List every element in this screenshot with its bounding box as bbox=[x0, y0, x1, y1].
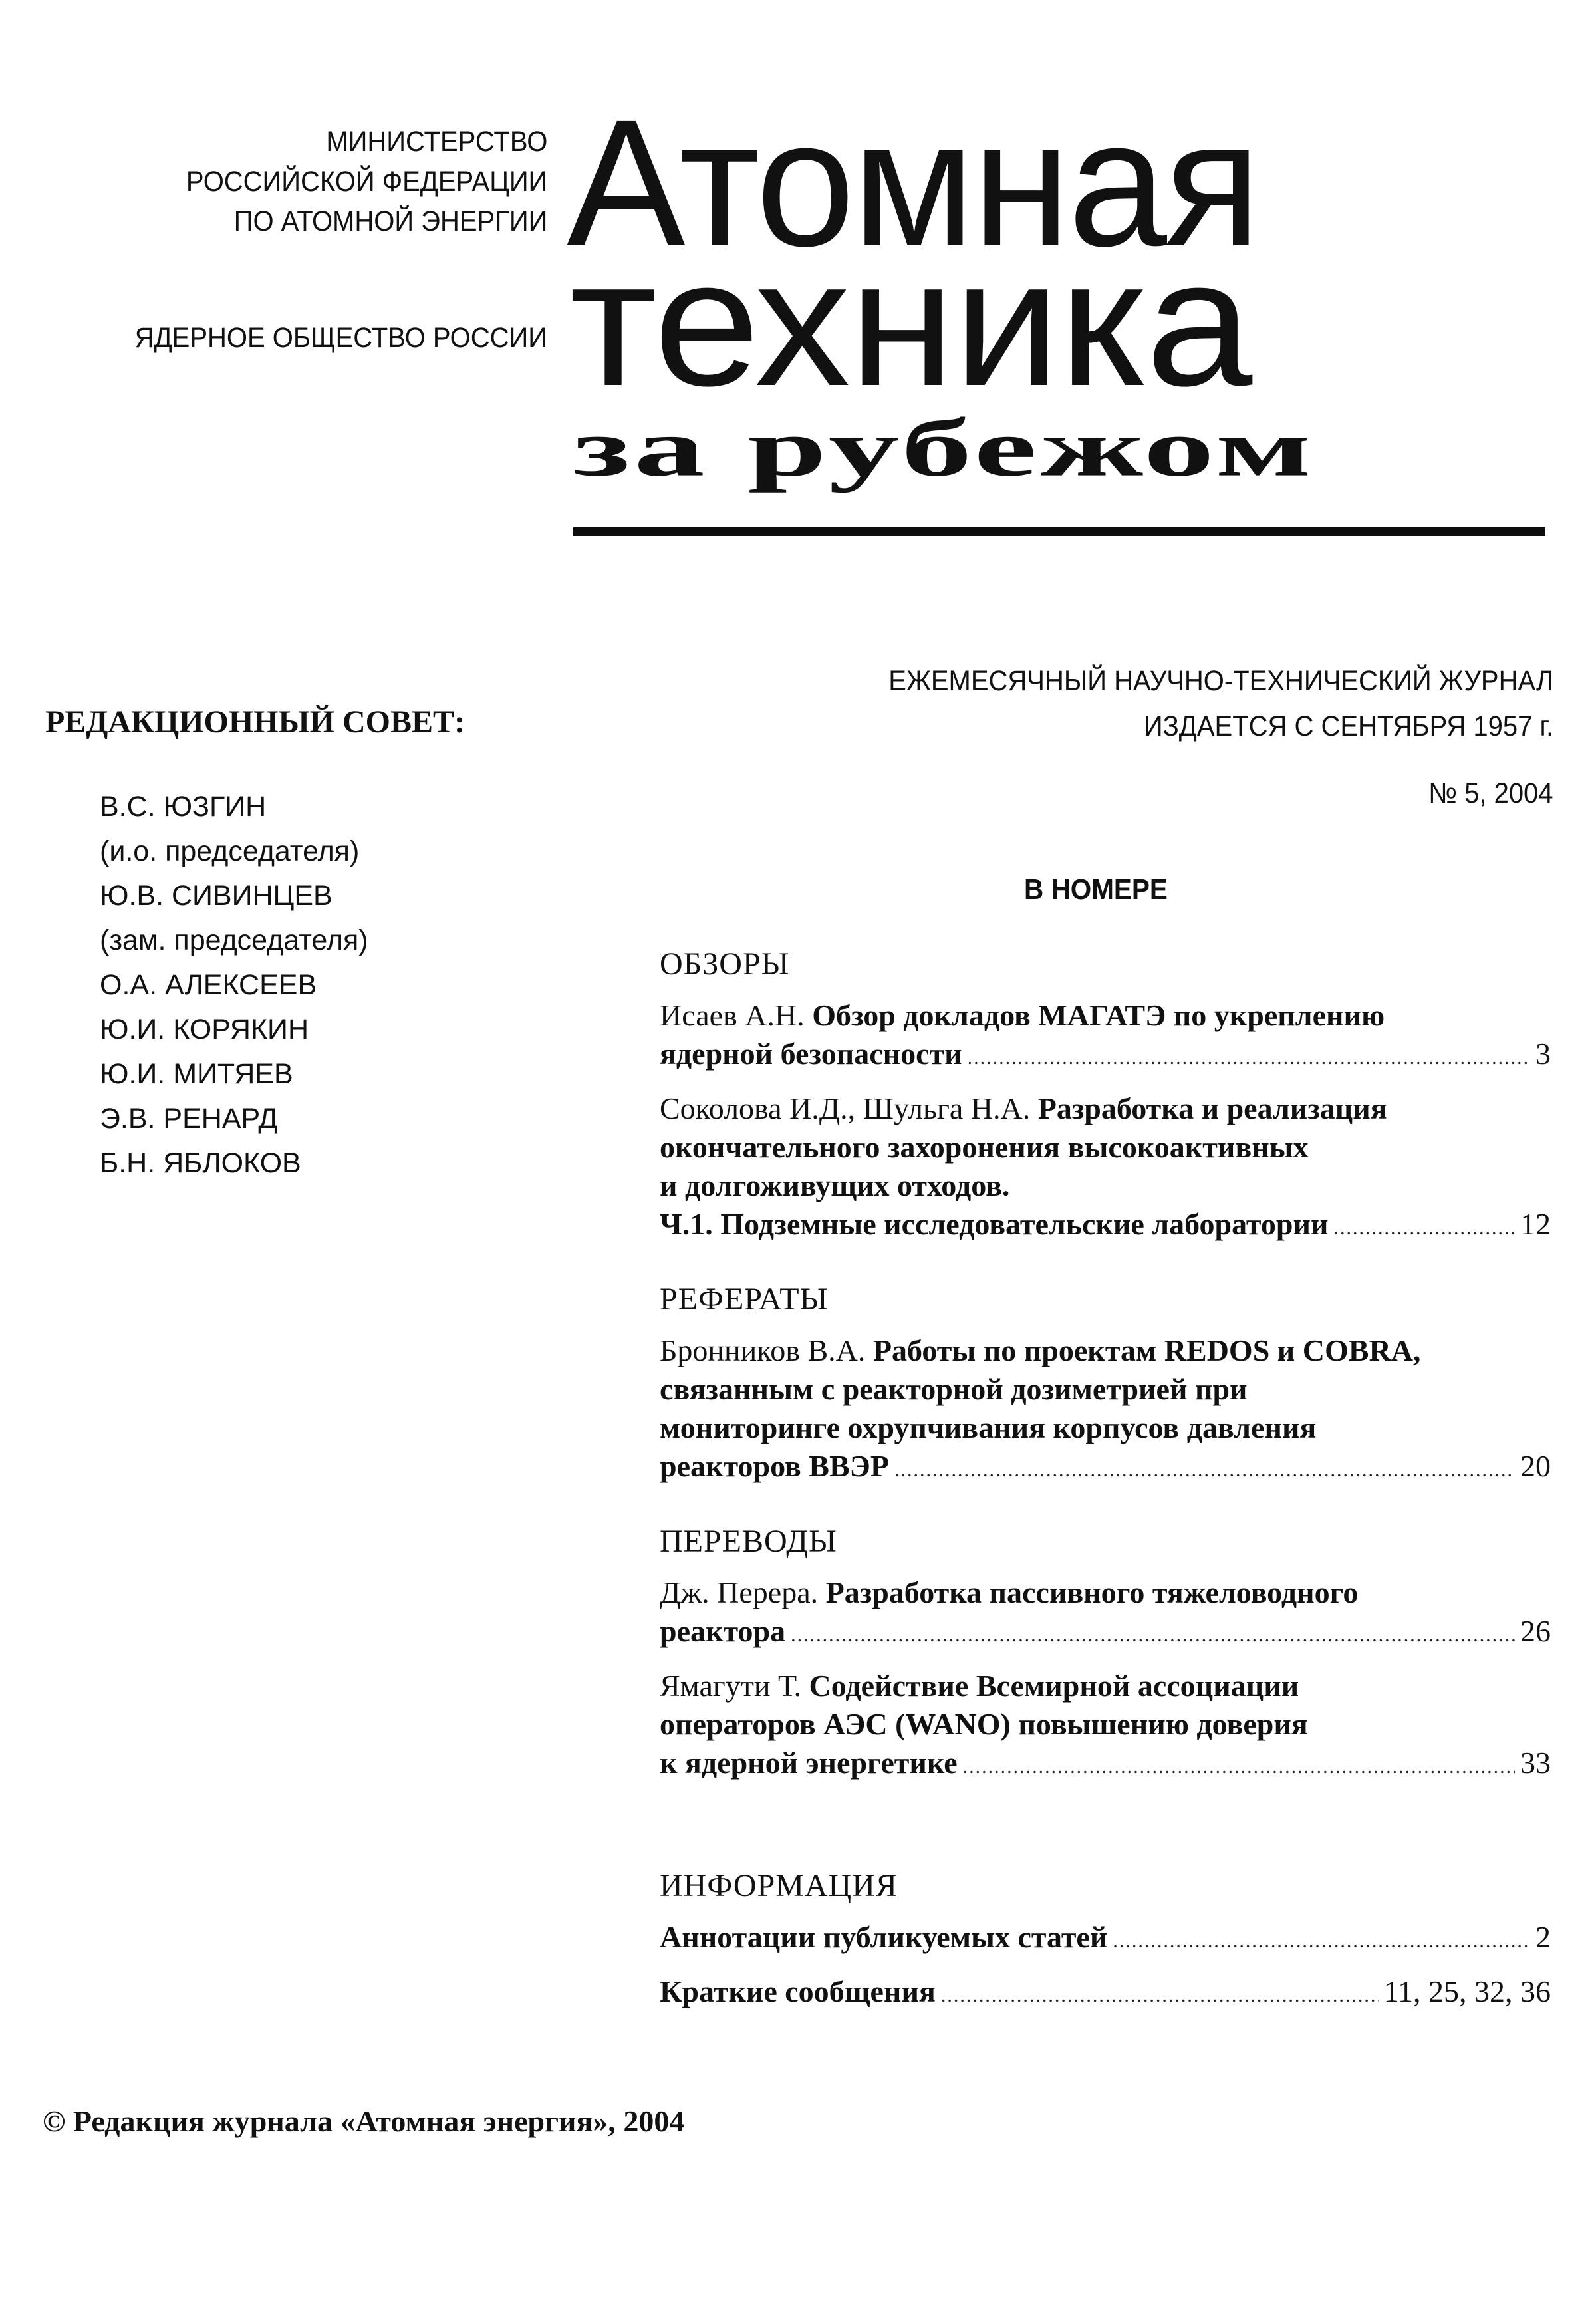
toc-heading: В НОМЕРЕ bbox=[1024, 871, 1168, 908]
toc-entry-title: Содействие Всемирной ассоциации bbox=[809, 1669, 1299, 1703]
section-spacer bbox=[660, 1490, 1551, 1522]
board-member-name: В.С. ЮЗГИН bbox=[100, 785, 368, 829]
board-member-role: (и.о. председателя) bbox=[100, 829, 368, 874]
dot-leader bbox=[894, 1451, 1515, 1490]
toc-entry-last-line: Ч.1. Подземные исследовательские лаборат… bbox=[660, 1205, 1551, 1248]
journal-title-line-2: техника bbox=[569, 226, 1251, 419]
toc-entry[interactable]: Бронников В.А. Работы по проектам REDOS … bbox=[660, 1331, 1551, 1490]
toc-entry-last-line: Аннотации публикуемых статей2 bbox=[660, 1918, 1551, 1961]
publisher-line: МИНИСТЕРСТВО bbox=[186, 122, 547, 162]
dot-leader bbox=[1334, 1209, 1515, 1248]
journal-subtitle: ЕЖЕМЕСЯЧНЫЙ НАУЧНО-ТЕХНИЧЕСКИЙ ЖУРНАЛ ИЗ… bbox=[888, 658, 1553, 749]
toc-entry-last-line: реактора26 bbox=[660, 1612, 1551, 1655]
toc-entry-line: операторов АЭС (WANO) повышению доверия bbox=[660, 1705, 1551, 1744]
toc-section-title: РЕФЕРАТЫ bbox=[660, 1280, 1551, 1319]
toc-entry-line: Бронников В.А. Работы по проектам REDOS … bbox=[660, 1331, 1551, 1370]
society-name: ЯДЕРНОЕ ОБЩЕСТВО РОССИИ bbox=[135, 318, 547, 358]
board-member-name: Ю.И. МИТЯЕВ bbox=[100, 1052, 368, 1097]
board-member-list: В.С. ЮЗГИН(и.о. председателя)Ю.В. СИВИНЦ… bbox=[100, 785, 368, 1186]
toc-entry-title: ядерной безопасности bbox=[660, 1035, 962, 1073]
toc-page-number[interactable]: 33 bbox=[1520, 1744, 1551, 1782]
toc-entry-title: Работы по проектам REDOS и COBRA, bbox=[873, 1333, 1421, 1367]
board-member-role: (зам. председателя) bbox=[100, 918, 368, 963]
toc-entry-line: Ямагути Т. Содействие Всемирной ассоциац… bbox=[660, 1667, 1551, 1705]
toc-entry[interactable]: Аннотации публикуемых статей2 bbox=[660, 1918, 1551, 1961]
board-member-name: Ю.И. КОРЯКИН bbox=[100, 1008, 368, 1052]
toc-entry-last-line: реакторов ВВЭР20 bbox=[660, 1447, 1551, 1490]
toc-entry-line: Дж. Перера. Разработка пассивного тяжело… bbox=[660, 1573, 1551, 1612]
masthead-rule bbox=[573, 527, 1545, 536]
publisher-line: РОССИЙСКОЙ ФЕДЕРАЦИИ bbox=[186, 162, 547, 202]
toc-entry-author: Соколова И.Д., Шульга Н.А. bbox=[660, 1091, 1030, 1125]
toc-page-number[interactable]: 12 bbox=[1520, 1205, 1551, 1244]
toc-page-number[interactable]: 26 bbox=[1520, 1612, 1551, 1651]
toc-section-title: ПЕРЕВОДЫ bbox=[660, 1522, 1551, 1562]
toc-entry-author: Бронников В.А. bbox=[660, 1333, 865, 1367]
toc-entry-author: Ямагути Т. bbox=[660, 1669, 801, 1703]
dot-leader bbox=[941, 1977, 1379, 2015]
toc-entry-title: окончательного захоронения высокоактивны… bbox=[660, 1130, 1309, 1164]
toc-entry[interactable]: Исаев А.Н. Обзор докладов МАГАТЭ по укре… bbox=[660, 996, 1551, 1077]
toc-page-number[interactable]: 20 bbox=[1520, 1447, 1551, 1486]
journal-title-line-3: за рубежом bbox=[573, 404, 1315, 491]
toc-page-number[interactable]: 11, 25, 32, 36 bbox=[1384, 1973, 1551, 2011]
toc-entry-line: и долгоживущих отходов. bbox=[660, 1166, 1551, 1205]
publisher-line: ПО АТОМНОЙ ЭНЕРГИИ bbox=[186, 202, 547, 241]
board-member-name: О.А. АЛЕКСЕЕВ bbox=[100, 963, 368, 1008]
dot-leader bbox=[791, 1616, 1515, 1655]
toc-entry-line: Соколова И.Д., Шульга Н.А. Разработка и … bbox=[660, 1089, 1551, 1128]
toc-entry-title: реактора bbox=[660, 1612, 785, 1651]
table-of-contents: ОБЗОРЫИсаев А.Н. Обзор докладов МАГАТЭ п… bbox=[660, 944, 1551, 2015]
toc-page-number[interactable]: 2 bbox=[1535, 1918, 1551, 1957]
toc-entry-title: Обзор докладов МАГАТЭ по укреплению bbox=[812, 998, 1385, 1032]
toc-page-number[interactable]: 3 bbox=[1535, 1035, 1551, 1073]
dot-leader bbox=[963, 1748, 1515, 1786]
toc-entry-title: Ч.1. Подземные исследовательские лаборат… bbox=[660, 1205, 1329, 1244]
board-member-name: Б.Н. ЯБЛОКОВ bbox=[100, 1141, 368, 1186]
toc-entry-title: мониторинге охрупчивания корпусов давлен… bbox=[660, 1411, 1316, 1444]
toc-entry-title: Разработка и реализация bbox=[1038, 1091, 1387, 1125]
toc-entry-title: Краткие сообщения bbox=[660, 1973, 936, 2011]
toc-entry-author: Дж. Перера. bbox=[660, 1575, 818, 1609]
toc-entry-title: Разработка пассивного тяжеловодного bbox=[826, 1575, 1359, 1609]
toc-entry-title: Аннотации публикуемых статей bbox=[660, 1918, 1107, 1957]
board-member-name: Ю.В. СИВИНЦЕВ bbox=[100, 874, 368, 918]
toc-section-title: ИНФОРМАЦИЯ bbox=[660, 1866, 1551, 1906]
toc-entry-last-line: ядерной безопасности3 bbox=[660, 1035, 1551, 1077]
toc-entry-last-line: к ядерной энергетике33 bbox=[660, 1744, 1551, 1786]
board-member-name: Э.В. РЕНАРД bbox=[100, 1097, 368, 1141]
toc-entry-title: реакторов ВВЭР bbox=[660, 1447, 889, 1486]
subtitle-line: ИЗДАЕТСЯ С СЕНТЯБРЯ 1957 г. bbox=[888, 704, 1553, 749]
subtitle-line: ЕЖЕМЕСЯЧНЫЙ НАУЧНО-ТЕХНИЧЕСКИЙ ЖУРНАЛ bbox=[888, 658, 1553, 704]
board-title: РЕДАКЦИОННЫЙ СОВЕТ: bbox=[45, 702, 465, 742]
publisher-block: МИНИСТЕРСТВО РОССИЙСКОЙ ФЕДЕРАЦИИ ПО АТО… bbox=[186, 122, 547, 241]
issue-number: № 5, 2004 bbox=[1429, 777, 1553, 810]
toc-entry-title: и долгоживущих отходов. bbox=[660, 1168, 1009, 1202]
toc-entry-title: операторов АЭС (WANO) повышению доверия bbox=[660, 1707, 1308, 1741]
toc-entry-title: связанным с реакторной дозиметрией при bbox=[660, 1372, 1248, 1406]
toc-entry-line: Исаев А.Н. Обзор докладов МАГАТЭ по укре… bbox=[660, 996, 1551, 1035]
toc-section-title: ОБЗОРЫ bbox=[660, 944, 1551, 984]
toc-entry-line: мониторинге охрупчивания корпусов давлен… bbox=[660, 1409, 1551, 1447]
toc-entry[interactable]: Дж. Перера. Разработка пассивного тяжело… bbox=[660, 1573, 1551, 1655]
copyright-notice: © Редакция журнала «Атомная энергия», 20… bbox=[43, 2102, 684, 2141]
dot-leader bbox=[968, 1039, 1530, 1077]
toc-entry[interactable]: Ямагути Т. Содействие Всемирной ассоциац… bbox=[660, 1667, 1551, 1786]
toc-entry[interactable]: Соколова И.Д., Шульга Н.А. Разработка и … bbox=[660, 1089, 1551, 1248]
toc-entry-line: связанным с реакторной дозиметрией при bbox=[660, 1370, 1551, 1409]
toc-entry-last-line: Краткие сообщения11, 25, 32, 36 bbox=[660, 1973, 1551, 2015]
dot-leader bbox=[1113, 1922, 1530, 1961]
toc-entry-title: к ядерной энергетике bbox=[660, 1744, 958, 1782]
toc-entry-line: окончательного захоронения высокоактивны… bbox=[660, 1128, 1551, 1166]
toc-entry-author: Исаев А.Н. bbox=[660, 998, 805, 1032]
section-spacer bbox=[660, 1786, 1551, 1866]
toc-entry[interactable]: Краткие сообщения11, 25, 32, 36 bbox=[660, 1973, 1551, 2015]
section-spacer bbox=[660, 1248, 1551, 1280]
